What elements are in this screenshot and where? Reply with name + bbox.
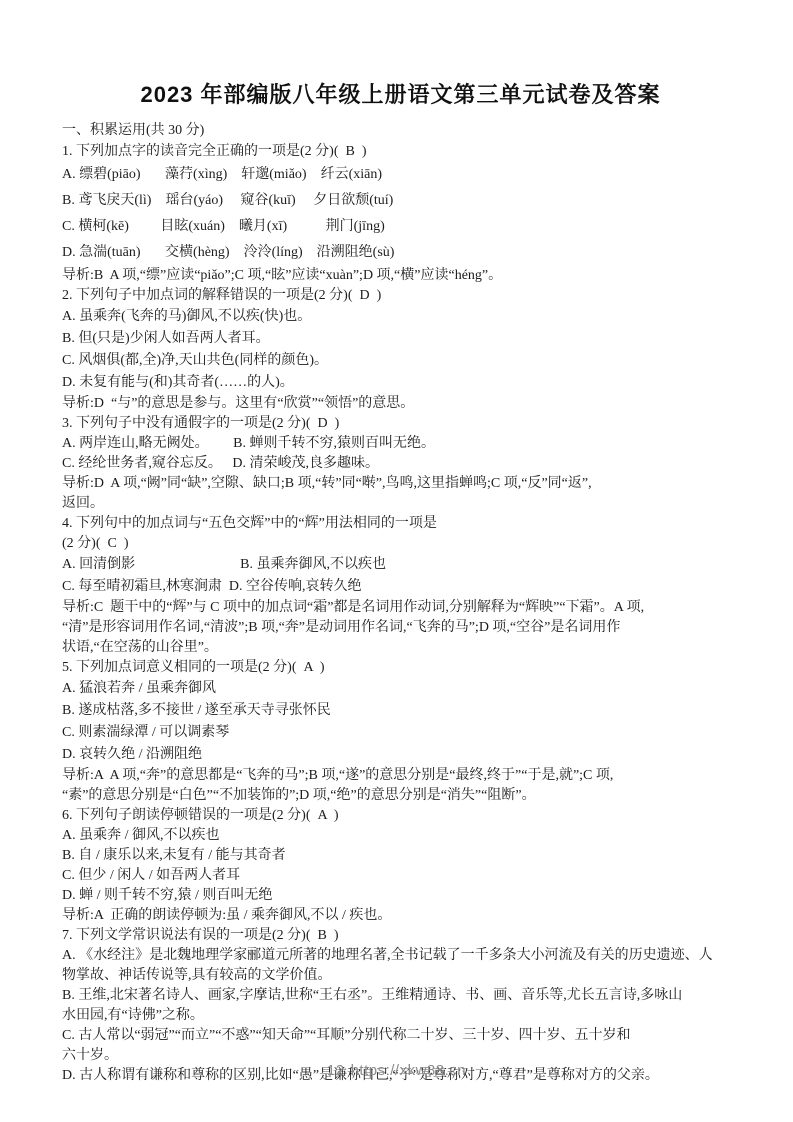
option-line-b: B. 但(只是)少闲人如吾两人者耳。: [62, 328, 739, 350]
page-number: 12: [327, 1062, 345, 1079]
option-line-c: C. 横柯(kē) 目眩(xuán) 曦月(xī) 荆门(jīng): [62, 214, 739, 240]
option-line-a: A. 猛浪若奔 / 虽乘奔御风: [62, 678, 739, 700]
analysis-line: 导析:A A 项,“奔”的意思都是“飞奔的马”;B 项,“遂”的意思分别是“最终…: [62, 766, 739, 786]
option-line-b-wrap: 水田园,有“诗佛”之称。: [62, 1006, 739, 1026]
analysis-line: 状语,“在空荡的山谷里”。: [62, 638, 739, 658]
exam-document-page: 2023 年部编版八年级上册语文第三单元试卷及答案 一、积累运用(共 30 分)…: [0, 0, 793, 1122]
analysis-line: “素”的意思分别是“白色”“不加装饰的”;D 项,“绝”的意思分别是“消失”“阻…: [62, 786, 739, 806]
question-4: 4. 下列句中的加点词与“五色交辉”中的“辉”用法相同的一项是 (2 分)( C…: [62, 514, 739, 658]
question-stem: 3. 下列句子中没有通假字的一项是(2 分)( D ): [62, 414, 739, 434]
question-1: 1. 下列加点字的读音完全正确的一项是(2 分)( B ) A. 缥碧(piāo…: [62, 142, 739, 286]
option-line-d: D. 未复有能与(和)其奇者(……的人)。: [62, 372, 739, 394]
analysis-line: 返回。: [62, 494, 739, 514]
option-line-ab: A. 两岸连山,略无阙处。 B. 蝉则千转不穷,猿则百叫无绝。: [62, 434, 739, 454]
analysis-line: 导析:C 题干中的“辉”与 C 项中的加点词“霜”都是名词用作动词,分别解释为“…: [62, 598, 739, 618]
option-line-c: C. 但少 / 闲人 / 如吾两人者耳: [62, 866, 739, 886]
question-stem: 6. 下列句子朗读停顿错误的一项是(2 分)( A ): [62, 806, 739, 826]
question-stem: 4. 下列句中的加点词与“五色交辉”中的“辉”用法相同的一项是: [62, 514, 739, 534]
site-url: https://xkw88.cn: [351, 1062, 467, 1079]
option-line-d: D. 蝉 / 则千转不穷,猿 / 则百叫无绝: [62, 886, 739, 906]
option-line-a: A. 《水经注》是北魏地理学家郦道元所著的地理名著,全书记载了一千多条大小河流及…: [62, 946, 739, 966]
analysis-line: 导析:B A 项,“缥”应读“piǎo”;C 项,“眩”应读“xuàn”;D 项…: [62, 266, 739, 286]
question-5: 5. 下列加点词意义相同的一项是(2 分)( A ) A. 猛浪若奔 / 虽乘奔…: [62, 658, 739, 806]
option-line-d: D. 急湍(tuān) 交横(hèng) 泠泠(líng) 沿溯阻绝(sù): [62, 240, 739, 266]
question-3: 3. 下列句子中没有通假字的一项是(2 分)( D ) A. 两岸连山,略无阙处…: [62, 414, 739, 514]
option-line-a: A. 虽乘奔 / 御风,不以疾也: [62, 826, 739, 846]
option-line-c: C. 则素湍绿潭 / 可以调素琴: [62, 722, 739, 744]
option-line-a: A. 缥碧(piāo) 藻荇(xìng) 轩邈(miǎo) 纤云(xiān): [62, 162, 739, 188]
option-line-b: B. 自 / 康乐以来,未复有 / 能与其奇者: [62, 846, 739, 866]
question-stem: (2 分)( C ): [62, 534, 739, 554]
option-line-c: C. 风烟俱(都,全)净,天山共色(同样的颜色)。: [62, 350, 739, 372]
question-stem: 7. 下列文学常识说法有误的一项是(2 分)( B ): [62, 926, 739, 946]
option-line-c: C. 古人常以“弱冠”“而立”“不惑”“知天命”“耳顺”分别代称二十岁、三十岁、…: [62, 1026, 739, 1046]
question-stem: 2. 下列句子中加点词的解释错误的一项是(2 分)( D ): [62, 286, 739, 306]
question-2: 2. 下列句子中加点词的解释错误的一项是(2 分)( D ) A. 虽乘奔(飞奔…: [62, 286, 739, 414]
page-footer: 12https://xkw88.cn: [0, 1062, 793, 1079]
question-stem: 1. 下列加点字的读音完全正确的一项是(2 分)( B ): [62, 142, 739, 162]
analysis-line: 导析:A 正确的朗读停顿为:虽 / 乘奔御风,不以 / 疾也。: [62, 906, 739, 926]
option-line-cd: C. 经纶世务者,窥谷忘反。 D. 清荣峻茂,良多趣味。: [62, 454, 739, 474]
option-line-b: B. 鸢飞戾天(lì) 瑶台(yáo) 窥谷(kuī) 夕日欲颓(tuí): [62, 188, 739, 214]
page-content: 2023 年部编版八年级上册语文第三单元试卷及答案 一、积累运用(共 30 分)…: [0, 0, 793, 1086]
option-line-b: B. 王维,北宋著名诗人、画家,字摩诘,世称“王右丞”。王维精通诗、书、画、音乐…: [62, 986, 739, 1006]
question-6: 6. 下列句子朗读停顿错误的一项是(2 分)( A ) A. 虽乘奔 / 御风,…: [62, 806, 739, 926]
option-line-a-wrap: 物掌故、神话传说等,具有较高的文学价值。: [62, 966, 739, 986]
analysis-line: 导析:D “与”的意思是参与。这里有“欣赏”“领悟”的意思。: [62, 394, 739, 414]
analysis-line: 导析:D A 项,“阙”同“缺”,空隙、缺口;B 项,“转”同“啭”,鸟鸣,这里…: [62, 474, 739, 494]
option-line-d: D. 哀转久绝 / 沿溯阻绝: [62, 744, 739, 766]
section-heading: 一、积累运用(共 30 分): [62, 120, 739, 142]
page-title: 2023 年部编版八年级上册语文第三单元试卷及答案: [62, 80, 739, 110]
question-stem: 5. 下列加点词意义相同的一项是(2 分)( A ): [62, 658, 739, 678]
option-line-cd: C. 每至晴初霜旦,林寒涧肃 D. 空谷传响,哀转久绝: [62, 576, 739, 598]
option-line-a: A. 虽乘奔(飞奔的马)御风,不以疾(快)也。: [62, 306, 739, 328]
option-line-b: B. 遂成枯落,多不接世 / 遂至承天寺寻张怀民: [62, 700, 739, 722]
option-line-ab: A. 回清倒影 B. 虽乘奔御风,不以疾也: [62, 554, 739, 576]
analysis-line: “清”是形容词用作名词,“清波”;B 项,“奔”是动词用作名词,“飞奔的马”;D…: [62, 618, 739, 638]
